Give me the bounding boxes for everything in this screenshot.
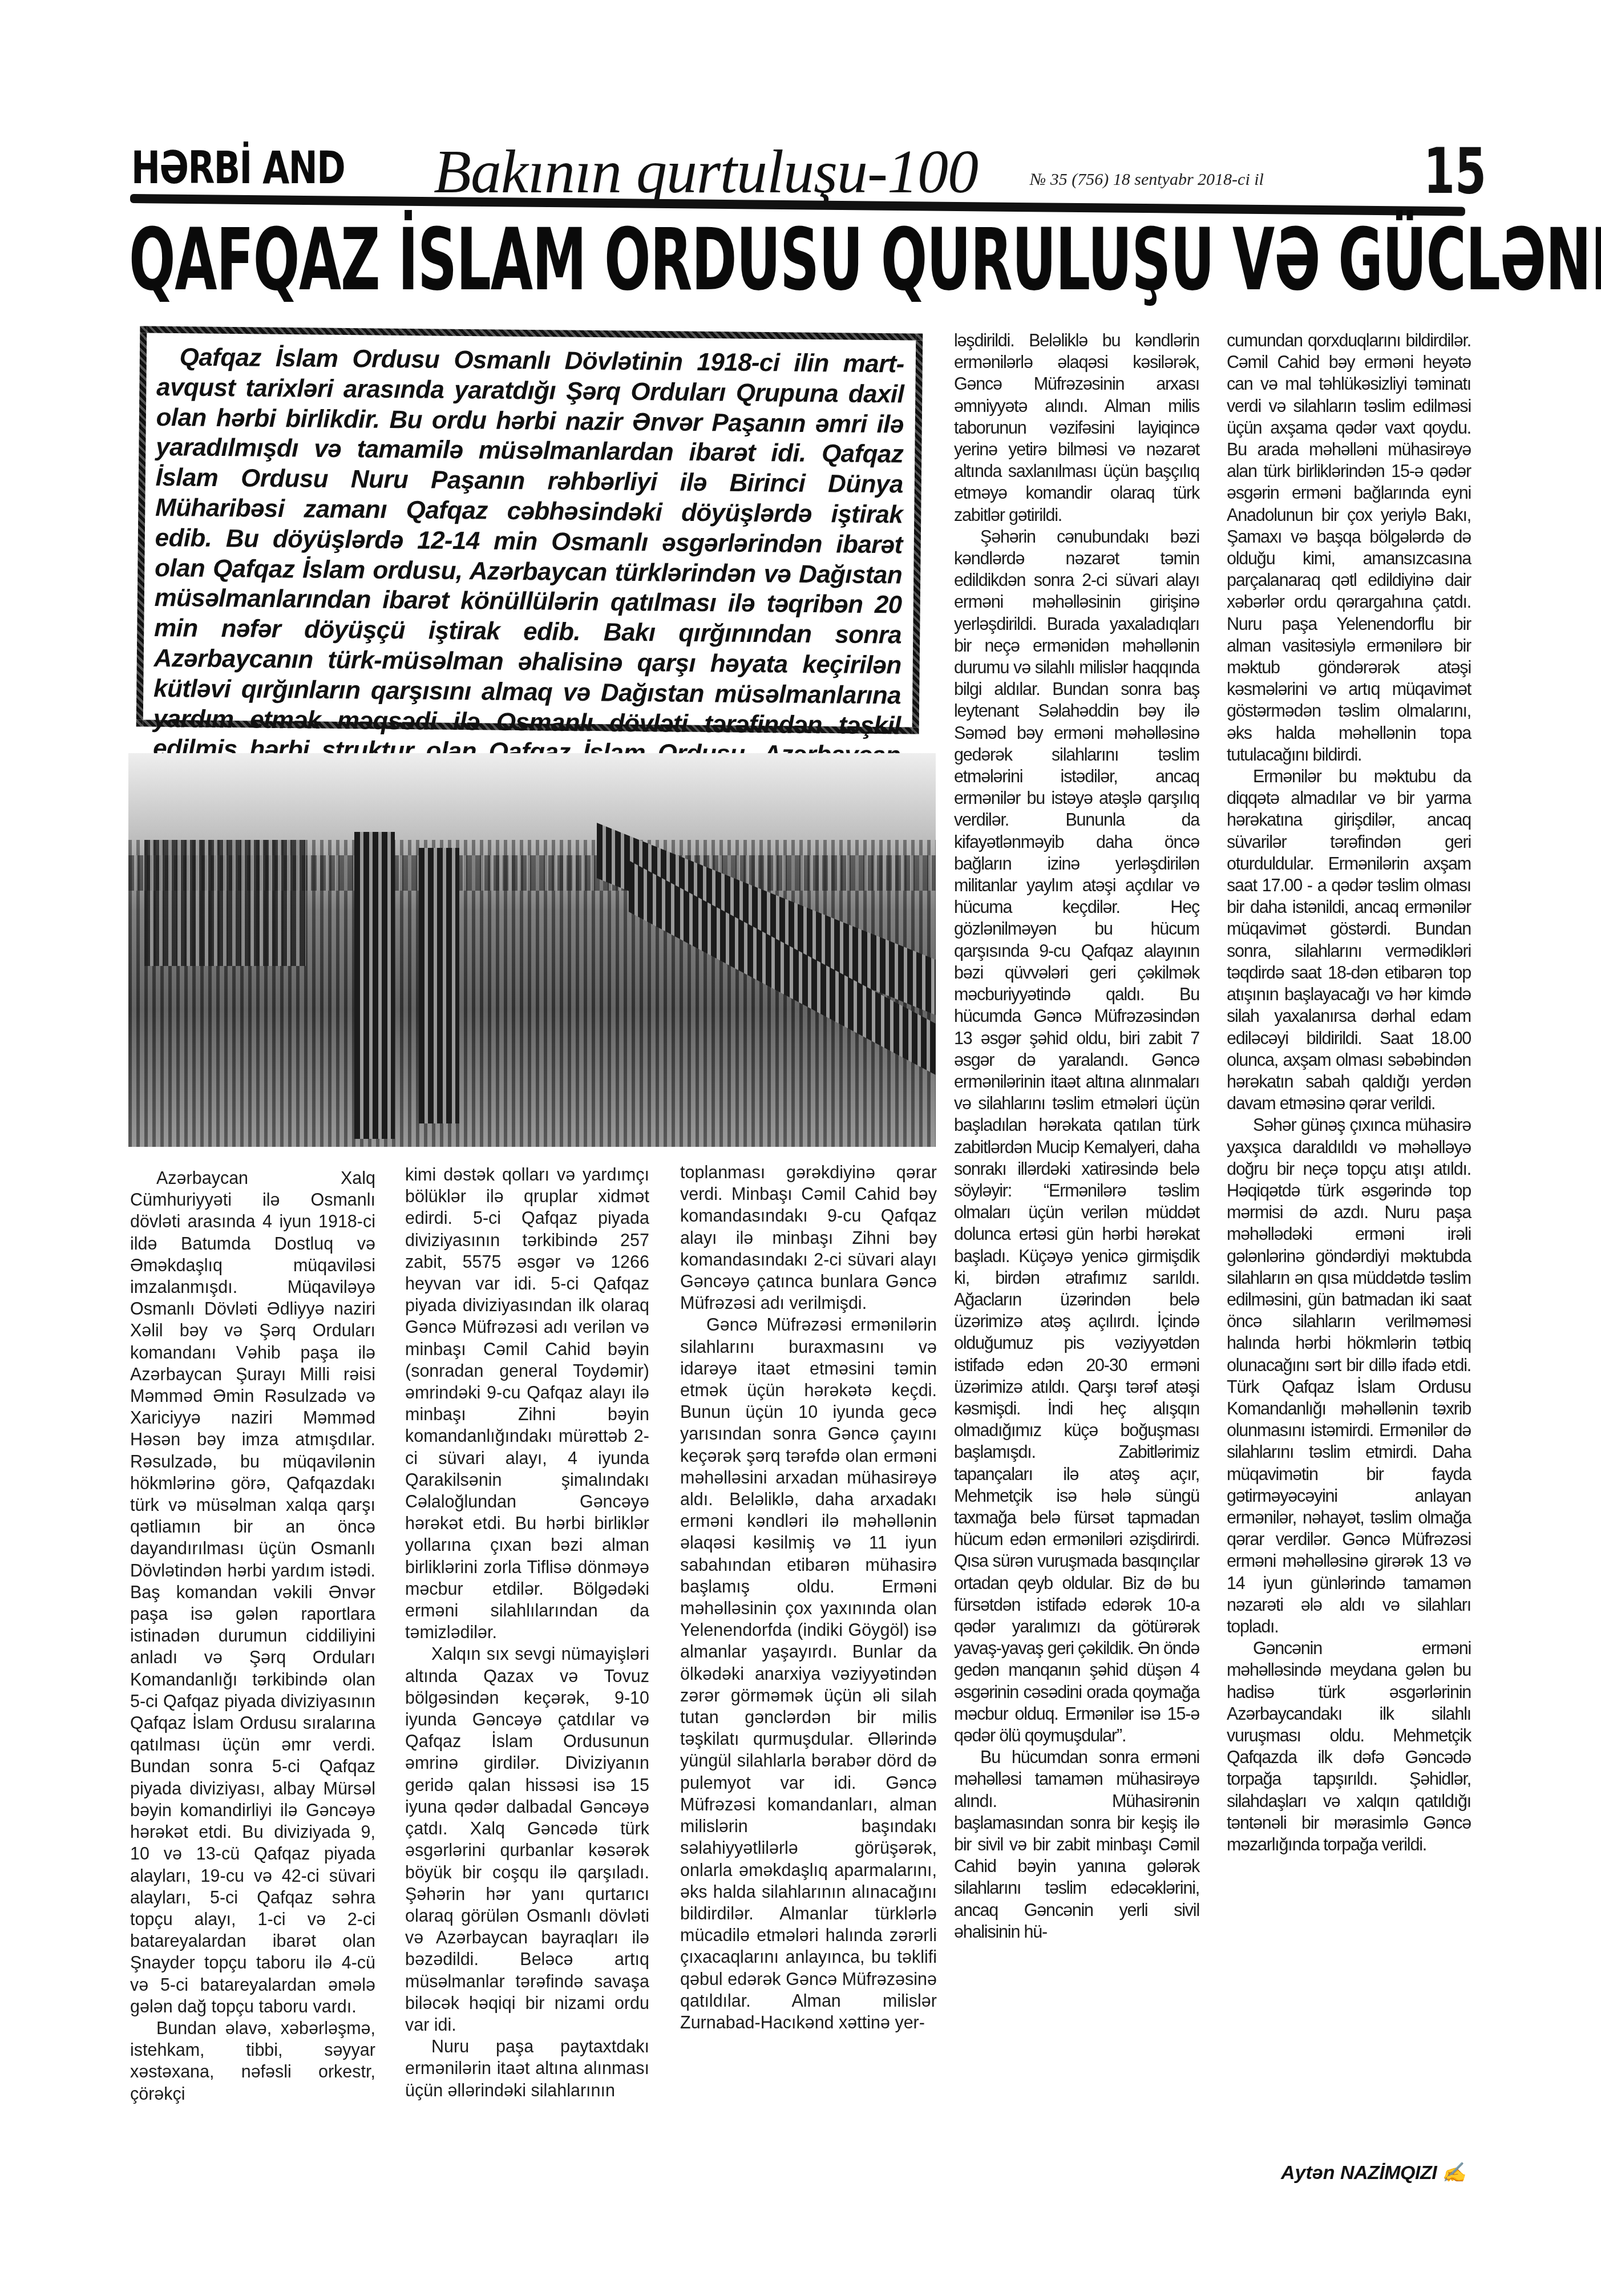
paragraph: Şəhərin cənubundakı bəzi kəndlərdə nəzar… <box>954 526 1199 1747</box>
byline: Aytən NAZİMQIZI ✍ <box>1281 2161 1466 2184</box>
article-column-5: cumundan qorxduqlarını bildirdilər. Cəmi… <box>1227 330 1471 1856</box>
article-column-2: kimi dəstək qolları və yardımçı bölüklər… <box>405 1164 649 2101</box>
newspaper-name: HƏRBİ AND <box>131 143 345 194</box>
article-column-1: Azərbaycan Xalq Cümhuriyyəti ilə Osmanlı… <box>130 1167 375 2105</box>
paragraph: Gəncənin erməni məhəlləsində meydana gəl… <box>1227 1638 1471 1856</box>
paragraph: Səhər günəş çıxınca mühasirə yaxşıca dar… <box>1227 1114 1471 1638</box>
paragraph: Bundan əlavə, xəbərləşmə, istehkam, tibb… <box>130 2018 375 2105</box>
pen-mark-icon: ✍ <box>1442 2162 1466 2184</box>
paragraph: Gəncə Müfrəzəsi ermənilərin silahlarını … <box>680 1314 937 2034</box>
photo-troop-row <box>354 832 395 1139</box>
paragraph: Xalqın sıx sevgi nümayişləri altında Qaz… <box>405 1643 649 2036</box>
paragraph: toplanması gərəkdiyinə qərar verdi. Minb… <box>680 1162 937 1314</box>
paragraph: Bu hücumdan sonra erməni məhəlləsi tamam… <box>954 1747 1199 1943</box>
paragraph: kimi dəstək qolları və yardımçı bölüklər… <box>405 1164 649 1643</box>
photo-troop-row <box>419 848 459 1123</box>
article-headline: QAFQAZ İSLAM ORDUSU QURULUŞU VƏ GÜCLƏNMƏ… <box>129 211 1005 310</box>
paragraph: Ermənilər bu məktubu da diqqətə almadıla… <box>1227 766 1471 1114</box>
article-column-4: ləşdirildi. Beləliklə bu kəndlərin ermən… <box>954 330 1199 1943</box>
photo-cavalry <box>144 840 306 966</box>
article-photo <box>128 753 936 1147</box>
paragraph: ləşdirildi. Beləliklə bu kəndlərin ermən… <box>954 330 1199 526</box>
masthead: HƏRBİ AND Bakının qurtuluşu-100 № 35 (75… <box>131 137 1466 205</box>
paragraph: cumundan qorxduqlarını bildirdilər. Cəmi… <box>1227 330 1471 766</box>
author-surname: NAZİMQIZI <box>1340 2162 1437 2184</box>
paragraph: Nuru paşa paytaxtdakı ermənilərin itaət … <box>405 2036 649 2101</box>
series-title: Bakının qurtuluşu-100 <box>434 137 978 208</box>
page-number: 15 <box>1424 135 1486 208</box>
article-column-3: toplanması gərəkdiyinə qərar verdi. Minb… <box>680 1162 937 2034</box>
author-first-name: Aytən <box>1281 2162 1335 2184</box>
paragraph: Azərbaycan Xalq Cümhuriyyəti ilə Osmanlı… <box>130 1167 375 2018</box>
issue-info: № 35 (756) 18 sentyabr 2018-ci il <box>1030 170 1264 189</box>
photo-sky <box>128 753 936 840</box>
